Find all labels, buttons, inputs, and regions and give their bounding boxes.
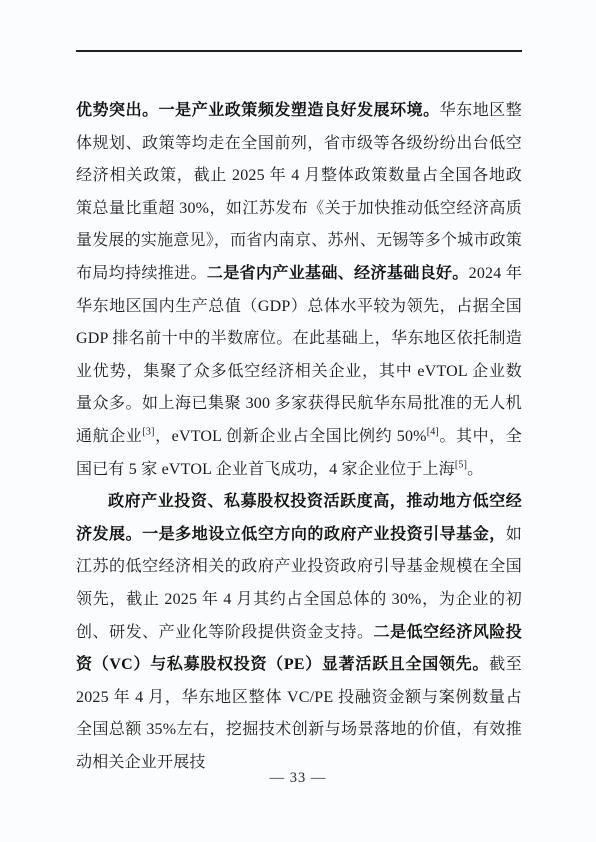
text-run: 华东地区整体规划、政策等均走在全国前列，省市级等各级纷纷出台低空经济相关政策，截… <box>76 102 522 282</box>
footnote-ref: [4] <box>427 427 439 438</box>
text-run: ，eVTOL 创新企业占全国比例约 50% <box>155 428 427 445</box>
document-page: 优势突出。一是产业政策频发塑造良好发展环境。华东地区整体规划、政策等均走在全国前… <box>0 0 596 842</box>
footnote-ref: [3] <box>142 427 154 438</box>
text-run: 。 <box>467 461 483 478</box>
text-run: 截至 2025 年 4 月，华东地区整体 VC/PE 投融资金额与案例数量占全国… <box>76 656 522 771</box>
text-run: 优势突出。一是产业政策频发塑造良好发展环境。 <box>76 102 440 119</box>
paragraph: 政府产业投资、私募股权投资活跃度高，推动地方低空经济发展。一是多地设立低空方向的… <box>76 486 522 779</box>
text-run: 政府产业投资、私募股权投资活跃度高，推动地方低空经济发展。一是多地设立低空方向的… <box>76 493 522 543</box>
page-number: — 33 — <box>0 770 596 787</box>
paragraph: 优势突出。一是产业政策频发塑造良好发展环境。华东地区整体规划、政策等均走在全国前… <box>76 95 522 486</box>
text-run: 2024 年华东地区国内生产总值（GDP）总体水平较为领先，占据全国 GDP 排… <box>76 265 522 445</box>
text-run: 二是省内产业基础、经济基础良好。 <box>207 265 469 282</box>
footnote-ref: [5] <box>455 459 467 470</box>
document-body: 优势突出。一是产业政策频发塑造良好发展环境。华东地区整体规划、政策等均走在全国前… <box>76 95 522 779</box>
header-rule <box>76 50 522 52</box>
